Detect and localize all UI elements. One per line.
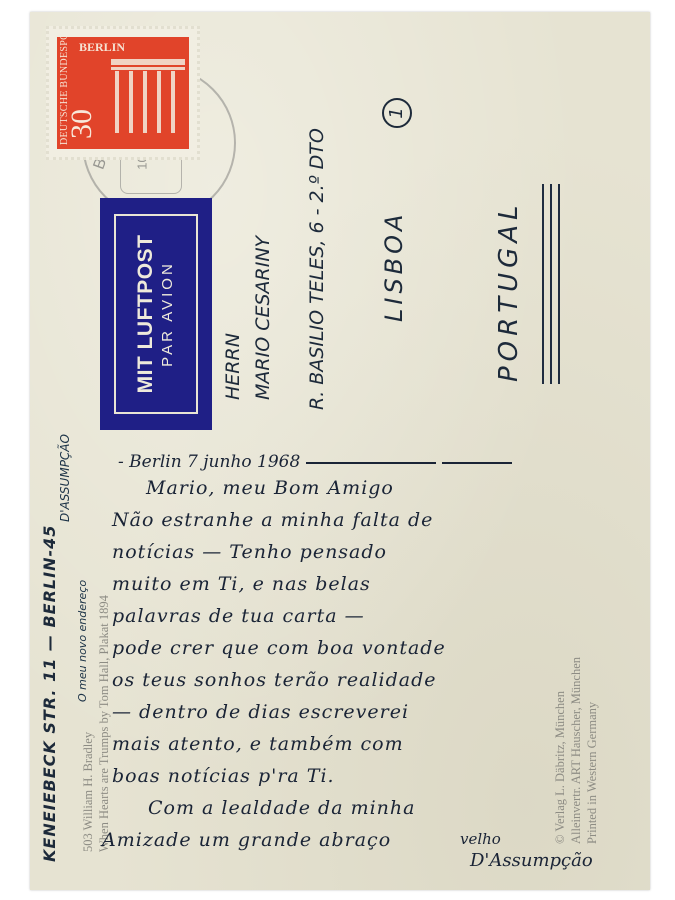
address-street: R. BASILIO TELES, 6 - 2.º DTO xyxy=(306,128,328,410)
postage-stamp: BERLIN DEUTSCHE BUNDESPOST 30 xyxy=(46,26,200,160)
brandenburg-gate-icon xyxy=(111,57,185,137)
letter-line: Com a lealdade da minha xyxy=(148,792,632,824)
underline-marks xyxy=(542,184,562,384)
letter-line: pode crer que com boa vontade xyxy=(112,632,632,664)
letter-line: boas notícias p'ra Ti. xyxy=(112,760,632,792)
address-city: LISBOA xyxy=(380,211,408,322)
letter-line: — dentro de dias escreverei xyxy=(112,696,632,728)
airmail-main-text: MIT LUFTPOST xyxy=(134,235,158,394)
letter-line: Mario, meu Bom Amigo xyxy=(146,472,632,504)
letter-line: muito em Ti, e nas belas xyxy=(112,568,632,600)
letter-line: mais atento, e também com xyxy=(112,728,632,760)
sender-address: KENEIEBECK STR. 11 — BERLIN-45 xyxy=(40,525,59,862)
address-country: PORTUGAL xyxy=(494,200,524,382)
letter-closing: velho xyxy=(460,830,501,848)
airmail-label: MIT LUFTPOST PAR AVION xyxy=(100,198,212,430)
stamp-value: 30 xyxy=(65,109,99,139)
letter-line: notícias — Tenho pensado xyxy=(112,536,632,568)
postal-zone-badge: 1 xyxy=(382,98,412,128)
address-name: MARIO CESARINY xyxy=(252,236,274,400)
sender-name: D'ASSUMPÇÃO xyxy=(58,434,72,522)
stamp-city: BERLIN xyxy=(79,40,125,55)
letter-line: palavras de tua carta — xyxy=(112,600,632,632)
postcard: BE 10 BERLIN DEUTSCHE BUNDESPOST 30 MIT … xyxy=(30,12,650,890)
letter-line: os teus sonhos terão realidade xyxy=(112,664,632,696)
letter-body: Mario, meu Bom Amigo Não estranhe a minh… xyxy=(112,442,632,856)
address-salutation: HERRN xyxy=(222,333,244,400)
printed-credit-left: 503 William H. Bradley When Hearts are T… xyxy=(80,595,112,852)
letter-signature: D'Assumpção xyxy=(470,850,593,871)
letter-line: Não estranhe a minha falta de xyxy=(112,504,632,536)
airmail-sub-text: PAR AVION xyxy=(158,235,178,394)
